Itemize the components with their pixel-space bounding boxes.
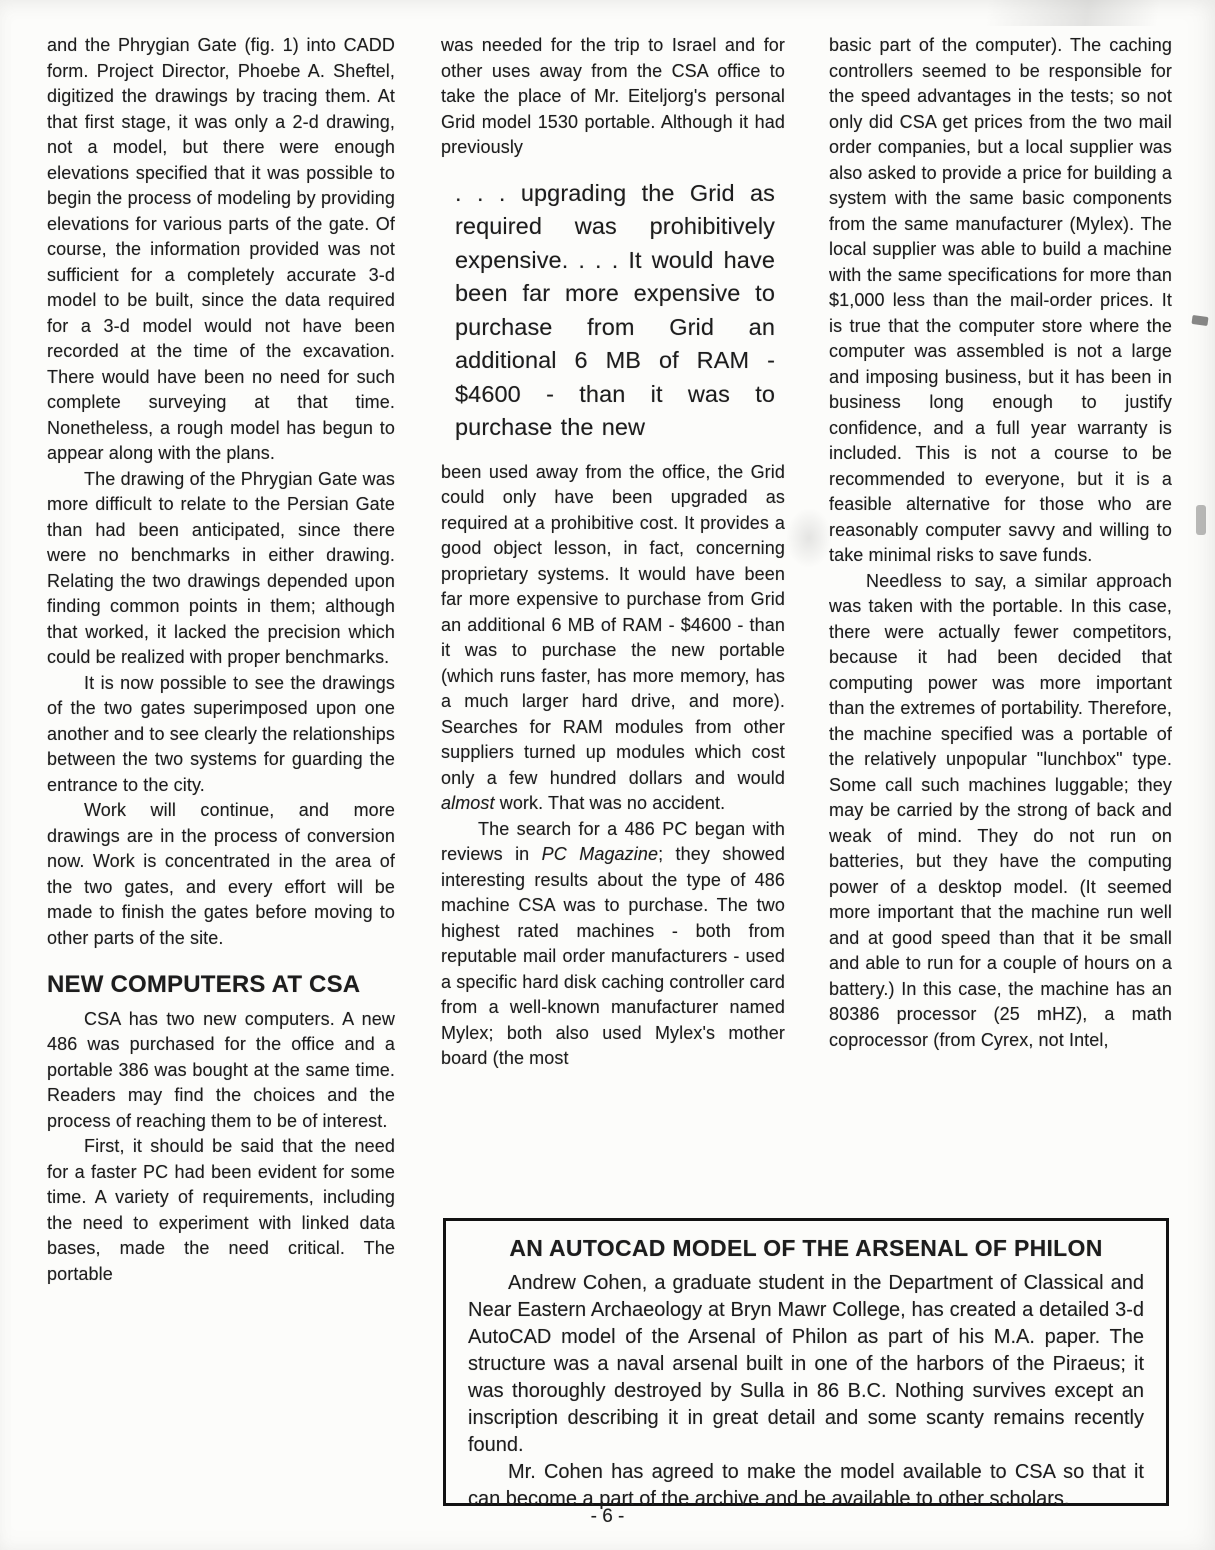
paragraph: been used away from the office, the Grid… [441, 460, 785, 817]
paragraph: CSA has two new computers. A new 486 was… [47, 1007, 395, 1135]
paragraph: basic part of the computer). The caching… [829, 33, 1172, 569]
boxed-article: AN AUTOCAD MODEL OF THE ARSENAL OF PHILO… [443, 1218, 1169, 1506]
paragraph: Mr. Cohen has agreed to make the model a… [468, 1459, 1144, 1513]
pull-quote: . . . upgrading the Grid as required was… [455, 177, 775, 445]
boxed-article-title: AN AUTOCAD MODEL OF THE ARSENAL OF PHILO… [468, 1235, 1144, 1262]
scanned-newsletter-page: and the Phrygian Gate (fig. 1) into CADD… [0, 0, 1215, 1550]
paragraph: The drawing of the Phrygian Gate was mor… [47, 467, 395, 671]
scan-artifact [786, 508, 832, 568]
scan-artifact [930, 0, 1215, 26]
paragraph: was needed for the trip to Israel and fo… [441, 33, 785, 161]
page-number: - 6 - [0, 1506, 1215, 1528]
paragraph: and the Phrygian Gate (fig. 1) into CADD… [47, 33, 395, 467]
boxed-article-body: Andrew Cohen, a graduate student in the … [468, 1270, 1144, 1513]
scan-artifact [1191, 315, 1208, 326]
section-heading: NEW COMPUTERS AT CSA [47, 972, 395, 998]
paragraph: Andrew Cohen, a graduate student in the … [468, 1270, 1144, 1459]
column-middle: was needed for the trip to Israel and fo… [441, 33, 785, 1215]
paragraph: Needless to say, a similar approach was … [829, 569, 1172, 1054]
paragraph: First, it should be said that the need f… [47, 1134, 395, 1287]
paragraph: It is now possible to see the drawings o… [47, 671, 395, 799]
paragraph: Work will continue, and more drawings ar… [47, 798, 395, 951]
column-left: and the Phrygian Gate (fig. 1) into CADD… [47, 33, 395, 1538]
column-right: basic part of the computer). The caching… [829, 33, 1172, 1215]
paragraph: The search for a 486 PC began with revie… [441, 817, 785, 1072]
scan-artifact [1196, 505, 1206, 535]
